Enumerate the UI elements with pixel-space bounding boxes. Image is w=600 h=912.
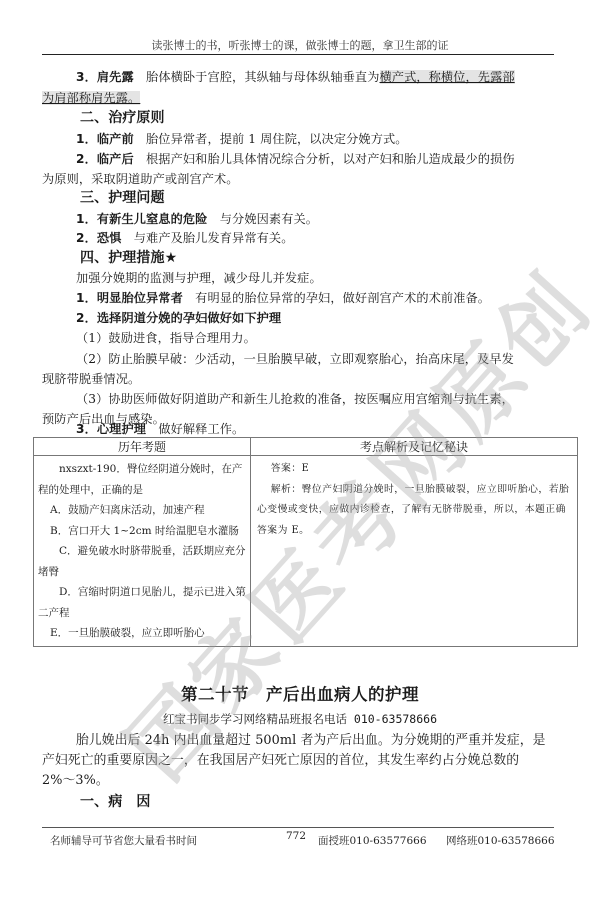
option-c: C．避免破水时脐带脱垂，活跃期应充分堵臀 <box>38 541 246 582</box>
pph-paragraph-line2: 产妇死亡的重要原因之一，在我国居产妇死亡原因的首位，其发生率约占分娩总数的 <box>42 754 562 768</box>
heading-nursing-problems: 三、护理问题 <box>80 191 600 205</box>
page-number: 772 <box>286 830 306 842</box>
problem-item-1: 1．有新生儿窒息的危险 与分娩因素有关。 <box>76 212 596 226</box>
footer-inperson-class-phone: 面授班010-63577666 <box>318 833 427 848</box>
term-psych-care: 3．心理护理 <box>76 422 146 436</box>
answer-cell: 答案：E 解析：臀位产妇阴道分娩时，一旦胎膜破裂，应立即听胎心，若胎心变慢或变快… <box>251 456 578 647</box>
heading-etiology: 一、病 因 <box>80 795 600 809</box>
header-divider <box>42 54 554 55</box>
shoulder-text: 胎体横卧于宫腔，其纵轴与母体纵轴垂直为 <box>134 70 380 84</box>
term-after-labor: 2．临产后 <box>76 152 134 166</box>
exam-question-table: 历年考题 考点解析及记忆秘诀 nxszxt-190．臀位经阴道分娩时，在产程的处… <box>33 437 578 647</box>
treatment-item-2-cont: 为原则，采取阴道助产或剖宫产术。 <box>42 172 562 186</box>
highlighted-text-1: 横产式，称横位，先露部 <box>380 70 515 84</box>
footer-tagline: 名师辅导可节省您大量看书时间 <box>50 833 197 848</box>
table-row: nxszxt-190．臀位经阴道分娩时，在产程的处理中，正确的是 A．鼓励产妇离… <box>34 456 578 647</box>
heading-nursing-measures: 四、护理措施★ <box>80 251 600 265</box>
measure-sub-2: （2）防止胎膜早破：少活动，一旦胎膜早破，立即观察胎心，抬高床尾，及早发 <box>76 352 596 366</box>
option-e: E．一旦胎膜破裂，应立即听胎心 <box>38 623 246 644</box>
measure-sub-3: （3）协助医师做好阴道助产和新生儿抢救的准备，按医嘱应用宫缩剂与抗生素， <box>76 392 596 406</box>
measure-item-3-text: 做好解释工作。 <box>146 422 244 436</box>
option-b: B．宫口开大 1~2cm 时给温肥皂水灌肠 <box>38 521 246 542</box>
enrollment-phone-ad: 红宝书同步学习网络精品班报名电话 010-63578666 <box>0 711 600 727</box>
treatment-item-1: 1．临产前 胎位异常者，提前 1 周住院，以决定分娩方式。 <box>76 132 596 146</box>
treatment-item-1-text: 胎位异常者，提前 1 周住院，以决定分娩方式。 <box>134 132 408 146</box>
term-fear: 2．恐惧 <box>76 231 121 245</box>
page-header-slogan: 读张博士的书，听张博士的课，做张博士的题，拿卫生部的证 <box>0 37 600 53</box>
treatment-item-2-text: 根据产妇和胎儿具体情况综合分析，以对产妇和胎儿造成最少的损伤 <box>134 152 515 166</box>
pph-paragraph-line1: 胎儿娩出后 24h 内出血量超过 500ml 者为产后出血。为分娩期的严重并发症… <box>76 734 596 748</box>
document-page: 读张博士的书，听张博士的课，做张博士的题，拿卫生部的证 3．肩先露 胎体横卧于宫… <box>0 0 600 912</box>
term-obvious-abnormal: 1．明显胎位异常者 <box>76 291 183 305</box>
table-header-analysis: 考点解析及记忆秘诀 <box>251 438 578 456</box>
term-before-labor: 1．临产前 <box>76 132 134 146</box>
treatment-item-2: 2．临产后 根据产妇和胎儿具体情况综合分析，以对产妇和胎儿造成最少的损伤 <box>76 152 596 166</box>
highlighted-text-2: 为肩部称肩先露。 <box>42 91 140 105</box>
measure-item-1-text: 有明显的胎位异常的孕妇，做好剖宫产术的术前准备。 <box>183 291 490 305</box>
footer-online-class-phone: 网络班010-63578666 <box>446 833 555 848</box>
measure-sub-1: （1）鼓励进食，指导合理用力。 <box>76 331 596 345</box>
measure-item-2-heading: 2．选择阴道分娩的孕妇做好如下护理 <box>76 311 596 325</box>
problem-item-2-text: 与难产及胎儿发育异常有关。 <box>121 231 293 245</box>
section-title: 第二十节 产后出血病人的护理 <box>0 681 600 705</box>
answer-line: 答案：E <box>257 459 571 480</box>
answer-analysis: 解析：臀位产妇阴道分娩时，一旦胎膜破裂，应立即听胎心，若胎心变慢或变快，应做内诊… <box>257 480 571 542</box>
item-number: 3． <box>76 70 97 84</box>
problem-item-2: 2．恐惧 与难产及胎儿发育异常有关。 <box>76 231 596 245</box>
table-header-past-exams: 历年考题 <box>34 438 251 456</box>
shoulder-presentation-line2: 为肩部称肩先露。 <box>42 91 562 105</box>
footer-divider <box>42 827 554 828</box>
option-a: A．鼓励产妇离床活动，加速产程 <box>38 500 246 521</box>
measure-sub-2-cont: 现脐带脱垂情况。 <box>42 372 562 386</box>
term-asphyxia-risk: 1．有新生儿窒息的危险 <box>76 212 207 226</box>
shoulder-presentation-line1: 3．肩先露 胎体横卧于宫腔，其纵轴与母体纵轴垂直为横产式，称横位，先露部 <box>76 70 596 84</box>
option-d: D．宫缩时阴道口见胎儿，提示已进入第二产程 <box>38 582 246 623</box>
question-cell: nxszxt-190．臀位经阴道分娩时，在产程的处理中，正确的是 A．鼓励产妇离… <box>34 456 251 647</box>
measure-item-3: 3．心理护理 做好解释工作。 <box>76 422 596 436</box>
problem-item-1-text: 与分娩因素有关。 <box>207 212 318 226</box>
measure-item-1: 1．明显胎位异常者 有明显的胎位异常的孕妇，做好剖宫产术的术前准备。 <box>76 291 596 305</box>
question-stem: nxszxt-190．臀位经阴道分娩时，在产程的处理中，正确的是 <box>38 459 246 500</box>
pph-paragraph-line3: 2%～3%。 <box>42 774 562 788</box>
term-shoulder-presentation: 肩先露 <box>97 70 134 84</box>
heading-treatment-principles: 二、治疗原则 <box>80 111 600 125</box>
measures-intro: 加强分娩期的监测与护理，减少母儿并发症。 <box>76 271 596 285</box>
